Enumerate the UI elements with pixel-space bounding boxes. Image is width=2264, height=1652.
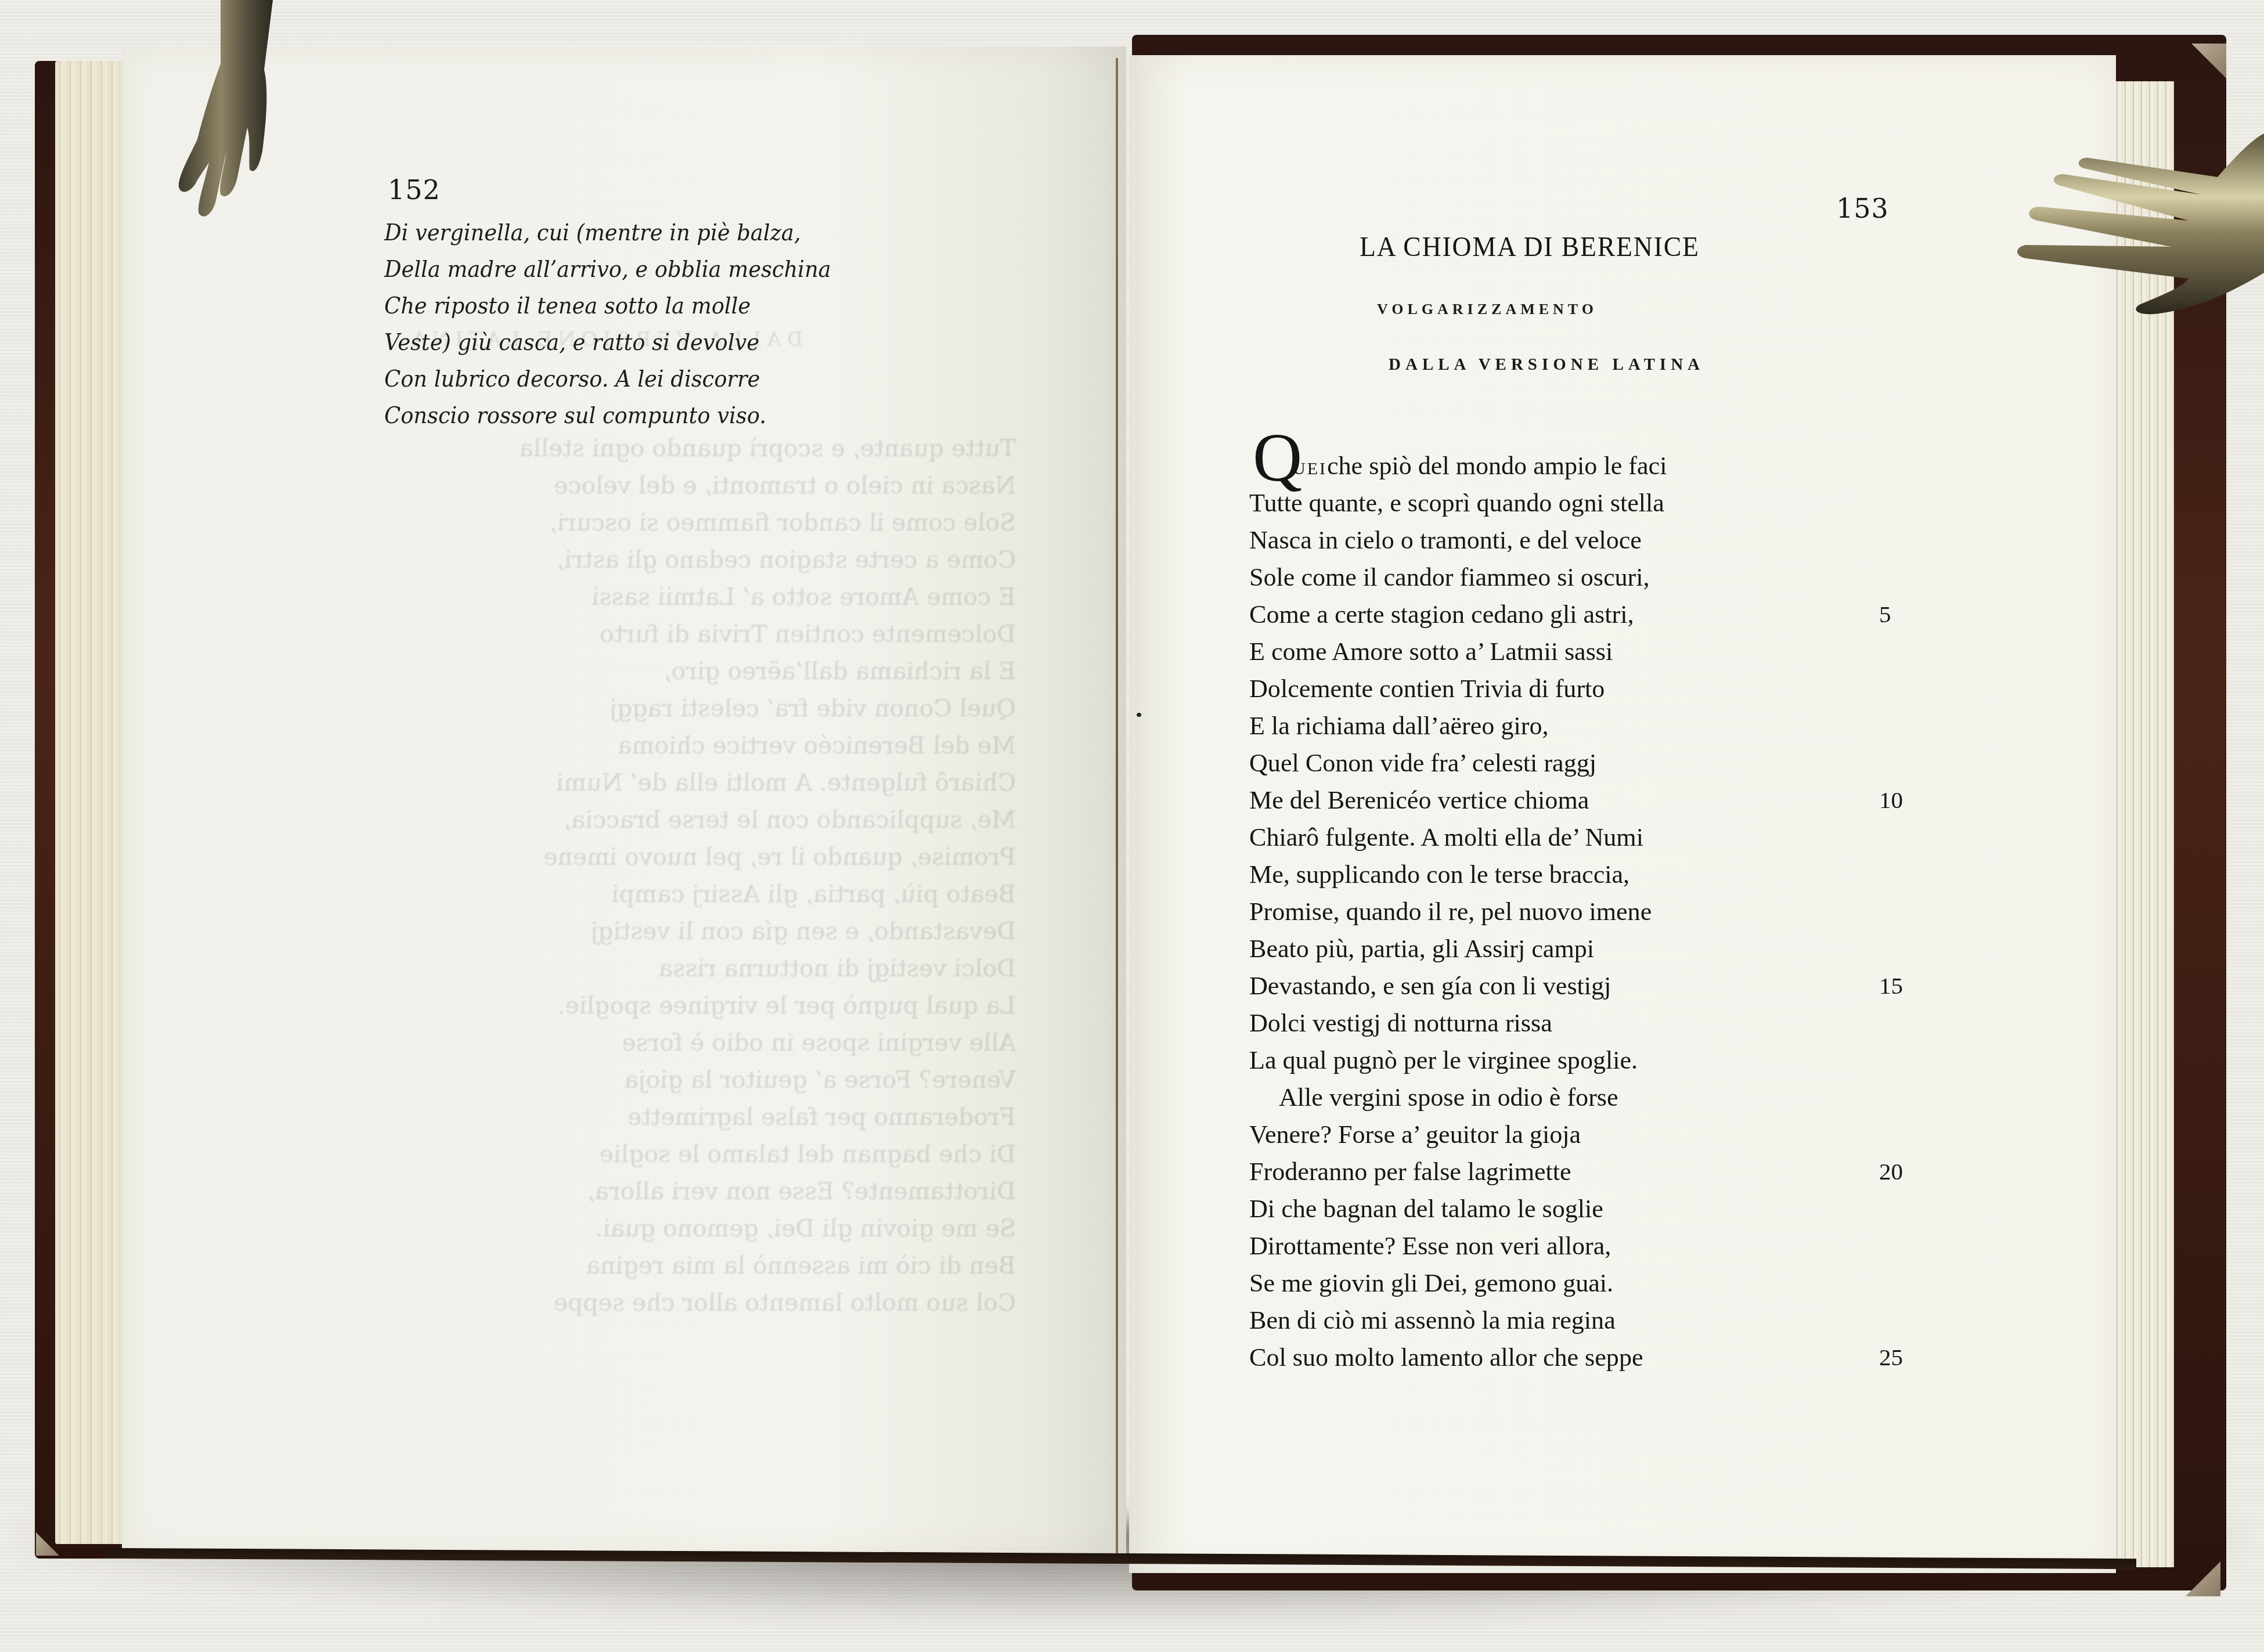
right-hand-weight-icon[interactable] (2014, 81, 2264, 325)
line-number: 25 (1879, 1339, 1903, 1376)
verse-line: Sole come il candor fiammeo si oscuri, (1249, 558, 1674, 596)
verse-line: Veste) giù casca, e ratto si devolve (384, 324, 831, 361)
verse-line: Di verginella, cui (mentre in piè balza, (384, 215, 831, 251)
line-number: 15 (1879, 967, 1903, 1004)
verse-line: Dolci vestigj di notturna rissa (1249, 1004, 1674, 1041)
verse-line: Tutte quante, e scoprì quando ogni stell… (1249, 484, 1674, 521)
verse-line: Conscio rossore sul compunto viso. (384, 398, 831, 434)
verse-line: E la richiama dall’aëreo giro, (1249, 707, 1674, 744)
verse-line: Venere? Forse a’ geuitor la gioja (1249, 1116, 1674, 1153)
verse-line: UEI che spiò del mondo ampio le faci (1249, 447, 1674, 484)
verse-line: Dirottamente? Esse non veri allora, (1249, 1227, 1674, 1264)
right-page-verses: UEI che spiò del mondo ampio le faci Tut… (1249, 447, 1674, 1376)
verse-line: Di che bagnan del talamo le soglie (1249, 1190, 1674, 1227)
verse-line: Me del Berenicéo vertice chioma10 (1249, 781, 1674, 818)
left-page-verses: Di verginella, cui (mentre in piè balza,… (384, 215, 831, 434)
verse-line: Beato più, partia, gli Assirj campi (1249, 930, 1674, 967)
poem-subtitle: VOLGARIZZAMENTO (1377, 301, 1598, 318)
verse-line: Froderanno per false lagrimette20 (1249, 1153, 1674, 1190)
verse-line: Della madre all’arrivo, e obblia meschin… (384, 251, 831, 288)
verse-line: Alle vergini spose in odio è forse (1249, 1079, 1674, 1116)
poem-title: LA CHIOMA DI BERENICE (1360, 231, 1700, 263)
verse-line: Nasca in cielo o tramonti, e del veloce (1249, 521, 1674, 558)
verse-line: Chiarô fulgente. A molti ella de’ Numi (1249, 818, 1674, 856)
verse-line: Che riposto il tenea sotto la molle (384, 288, 831, 324)
left-page-number: 152 (388, 174, 441, 205)
verse-line: Con lubrico decorso. A lei discorre (384, 361, 831, 398)
verse-line: E come Amore sotto a’ Latmii sassi (1249, 633, 1674, 670)
line-number: 10 (1879, 781, 1903, 818)
verse-line: Ben di ciò mi assennò la mia regina (1249, 1301, 1674, 1339)
poem-source-note: DALLA VERSIONE LATINA (1389, 355, 1704, 374)
verse-line: Se me giovin gli Dei, gemono guai. (1249, 1264, 1674, 1301)
verse-line: Quel Conon vide fra’ celesti raggj (1249, 744, 1674, 781)
bleed-through-text: Tutte quante, e scoprì quando ogni stell… (360, 430, 1016, 1321)
left-hand-weight-icon[interactable] (139, 0, 313, 232)
verse-line: La qual pugnò per le virginee spoglie. (1249, 1041, 1674, 1079)
line-number: 5 (1879, 596, 1891, 633)
verse-line: Come a certe stagion cedano gli astri,5 (1249, 596, 1674, 633)
verse-line: Promise, quando il re, pel nuovo imene (1249, 893, 1674, 930)
line-number: 20 (1879, 1153, 1903, 1190)
verse-line: Dolcemente contien Trivia di furto (1249, 670, 1674, 707)
book-gutter (1116, 58, 1118, 1559)
verse-line: Devastando, e sen gía con li vestigj15 (1249, 967, 1674, 1004)
ink-speck (1137, 713, 1141, 717)
verse-line: Me, supplicando con le terse braccia, (1249, 856, 1674, 893)
right-page-number: 153 (1836, 193, 1889, 224)
first-word-smallcaps: UEI (1293, 459, 1327, 478)
verse-line: Col suo molto lamento allor che seppe25 (1249, 1339, 1674, 1376)
